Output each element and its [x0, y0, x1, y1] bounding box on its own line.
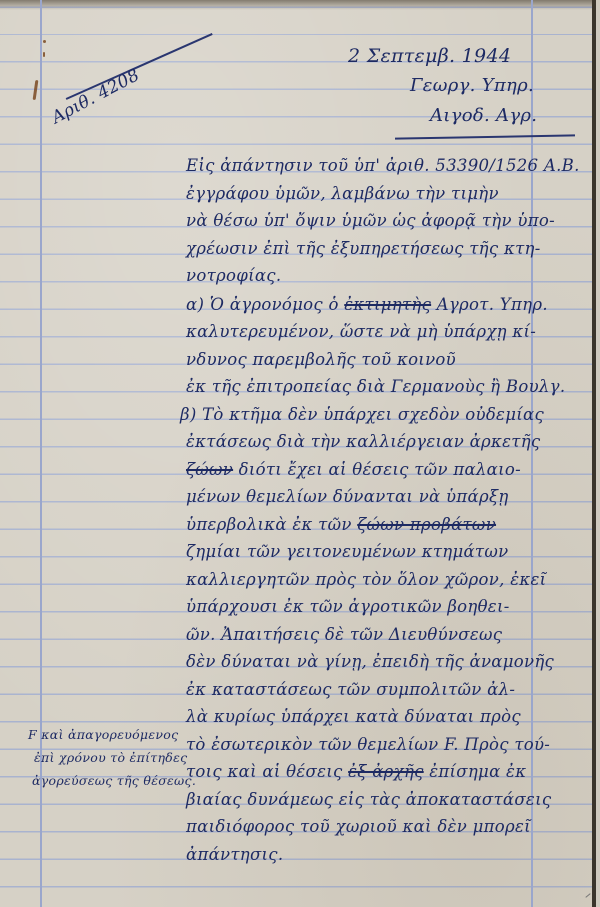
reference-note: Αριθ. 4208 — [49, 65, 143, 128]
struck-word: ἐξ ἀρχῆς — [348, 762, 424, 781]
body-line: ζώων διότι ἔχει αἱ θέσεις τῶν παλαιο- — [186, 460, 521, 479]
header-underline — [395, 134, 575, 139]
body-line: μένων θεμελίων δύνανται νὰ ὑπάρξῃ — [186, 487, 509, 506]
body-line: ζημίαι τῶν γειτονευμένων κτημάτων — [186, 542, 508, 561]
body-line: Εἰς ἀπάντησιν τοῦ ὑπ' ἀριθ. 53390/1526 Α… — [186, 156, 580, 175]
footnote-line-2: ἐπὶ χρόνου τὸ ἐπίτηδες — [34, 750, 187, 765]
body-line: καλυτερευμένον, ὥστε νὰ μὴ ὑπάρχῃ κί- — [186, 322, 536, 341]
body-line: βιαίας δυνάμεως εἰς τὰς ἀποκαταστάσεις — [186, 790, 551, 809]
body-line: ἐκ τῆς ἐπιτροπείας διὰ Γερμανοὺς ἢ Βουλγ… — [186, 377, 565, 396]
body-line: β) Τὸ κτῆμα δὲν ὑπάρχει σχεδὸν οὐδεμίας — [180, 405, 544, 424]
footnote-line-1: F καὶ ἀπαγορευόμενος — [28, 727, 178, 742]
body-line: δὲν δύναται νὰ γίνῃ, ἐπειδὴ τῆς ἀναμονῆς — [186, 652, 554, 671]
body-line: ῶν. Ἀπαιτήσεις δὲ τῶν Διευθύνσεως — [186, 625, 502, 644]
body-line: λὰ κυρίως ὑπάρχει κατὰ δύναται πρὸς — [186, 707, 521, 726]
body-line: χρέωσιν ἐπὶ τῆς ἐξυπηρετήσεως τῆς κτη- — [186, 239, 541, 258]
body-line: ἐγγράφου ὑμῶν, λαμβάνω τὴν τιμὴν — [186, 184, 499, 203]
letter-date: 2 Σεπτεμβ. 1944 — [348, 45, 511, 67]
department-line-2: Αιγοδ. Αγρ. — [430, 105, 537, 126]
body-line: νοτροφίας. — [186, 266, 281, 285]
body-line-text: ἐπίσημα ἐκ — [429, 762, 526, 781]
body-line: νδυνος παρεμβολῆς τοῦ κοινοῦ — [186, 350, 456, 369]
body-line: ἀπάντησις. — [186, 845, 283, 864]
paper-scratch — [585, 893, 590, 898]
body-line-text: διότι ἔχει αἱ θέσεις τῶν παλαιο- — [239, 460, 521, 479]
department-line-1: Γεωργ. Υπηρ. — [410, 75, 534, 96]
struck-word: ζώων προβάτων — [357, 515, 496, 534]
rust-stain — [43, 40, 46, 43]
struck-word: ζώων — [186, 460, 233, 479]
body-line: τοις καὶ αἱ θέσεις ἐξ ἀρχῆς ἐπίσημα ἐκ — [186, 762, 526, 781]
body-line-text: ὑπερβολικὰ ἐκ τῶν — [186, 515, 352, 534]
rust-stain — [43, 52, 45, 57]
body-line: παιδιόφορος τοῦ χωριοῦ καὶ δὲν μπορεῖ — [186, 817, 531, 836]
body-line-text: τοις καὶ αἱ θέσεις — [186, 762, 343, 781]
left-margin-rule — [40, 0, 42, 907]
body-line: τὸ ἐσωτερικὸν τῶν θεμελίων F. Πρὸς τού- — [186, 735, 550, 754]
body-line: ἐκτάσεως διὰ τὴν καλλιέργειαν ἀρκετῆς — [186, 432, 540, 451]
body-line-text: α) Ὁ ἀγρονόμος ὁ — [186, 295, 339, 314]
footnote-line-3: ἀγορεύσεως τῆς θέσεως. — [32, 773, 196, 788]
letter-page: Αριθ. 4208 2 Σεπτεμβ. 1944 Γεωργ. Υπηρ. … — [0, 0, 596, 907]
reference-note-text: Αριθ. 4208 — [49, 65, 143, 128]
body-line: νὰ θέσω ὑπ' ὄψιν ὑμῶν ὡς ἀφορᾷ τὴν ὑπο- — [186, 211, 555, 230]
body-line: ἐκ καταστάσεως τῶν συμπολιτῶν ἀλ- — [186, 680, 515, 699]
page-top-edge-shadow — [0, 0, 596, 10]
body-line: καλλιεργητῶν πρὸς τὸν ὅλον χῶρον, ἐκεῖ — [186, 570, 546, 589]
rust-stain — [33, 80, 39, 100]
struck-word: ἐκτιμητὴς — [344, 295, 431, 314]
body-line: α) Ὁ ἀγρονόμος ὁ ἐκτιμητὴς Αγροτ. Υπηρ. — [186, 295, 548, 314]
body-line: ὑπερβολικὰ ἐκ τῶν ζώων προβάτων — [186, 515, 496, 534]
body-line-text: Αγροτ. Υπηρ. — [437, 295, 548, 314]
body-line: ὑπάρχουσι ἐκ τῶν ἀγροτικῶν βοηθει- — [186, 597, 510, 616]
